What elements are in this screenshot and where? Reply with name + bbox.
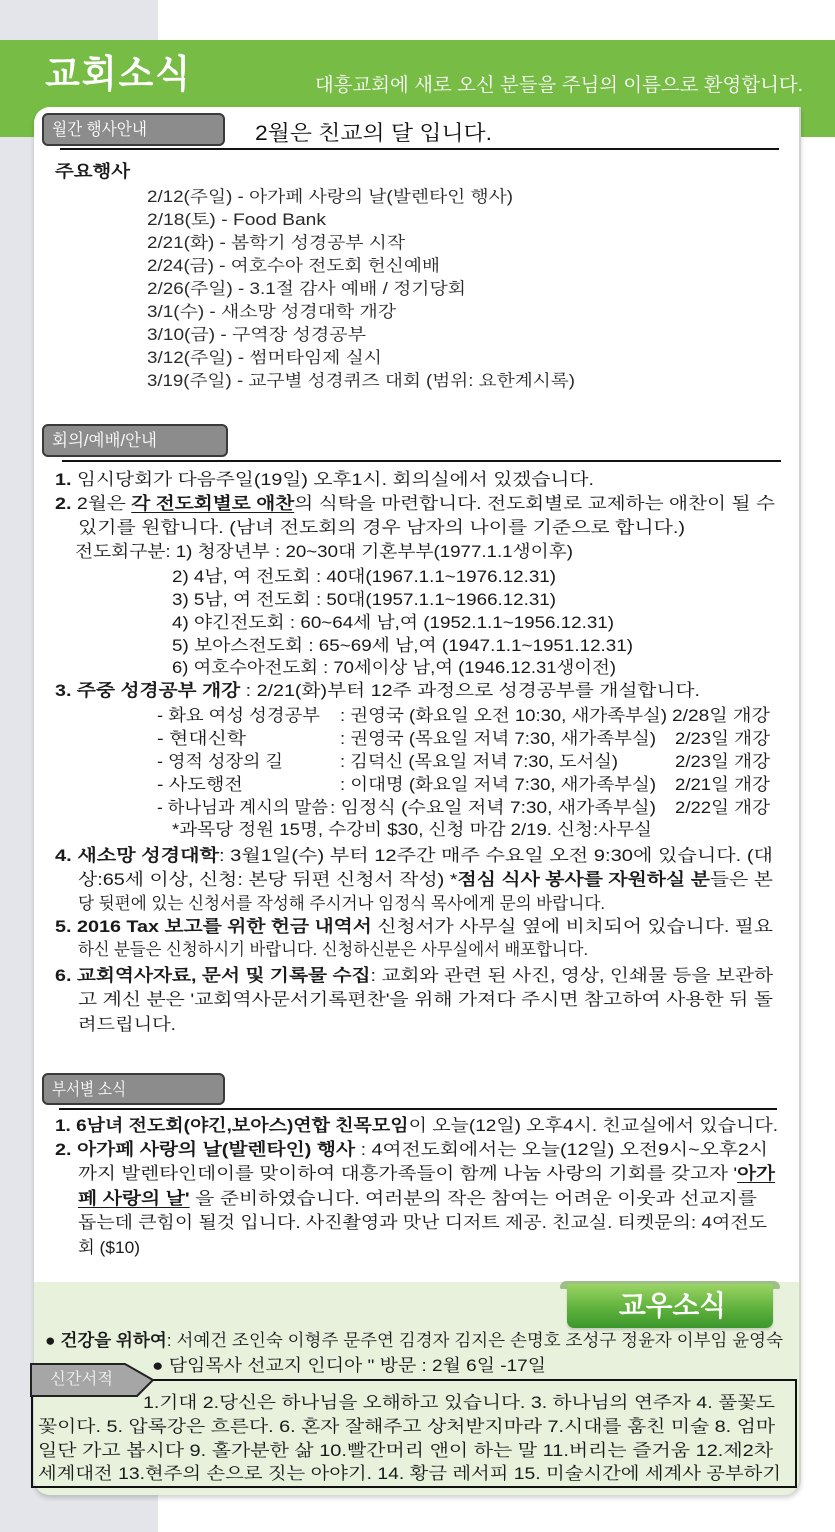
notice-item-1: 1. 임시당회가 다음주일(19일) 오후1시. 회의실에서 있겠습니다. xyxy=(55,468,594,492)
emphasis-text: 2. xyxy=(55,494,71,513)
new-books-label: 신간서적 xyxy=(50,1368,113,1392)
emphasis-text: 1. 6남녀 전도회(야긴,보아스)연합 친목모임 xyxy=(55,1116,409,1135)
course-start: 2/22일 개강 xyxy=(675,796,770,820)
dept-item-2-cont: 회 ($10) xyxy=(78,1236,140,1260)
course-detail: : 김덕신 (목요일 저녁 7:30, 도서실) xyxy=(340,750,618,774)
emphasis-text: 각 전도회별로 애찬 xyxy=(131,494,294,513)
course-start: 2/21일 개강 xyxy=(675,773,770,797)
emphasis-text: 점심 식사 봉사를 자원하실 분 xyxy=(458,870,710,889)
course-start: 2/23일 개강 xyxy=(675,750,770,774)
text-segment: 들은 본 xyxy=(710,870,773,889)
monthly-theme: 2월은 친교의 달 입니다. xyxy=(255,120,492,148)
dept-item-2-cont: 돕는데 큰힘이 될것 입니다. 사진촬영과 맛난 디저트 제공. 친교실. 티켓… xyxy=(78,1211,767,1235)
notice-item-5: 5. 2016 Tax 보고를 위한 헌금 내역서 신청서가 사무실 옆에 비치… xyxy=(55,915,773,939)
text-segment: 2월은 xyxy=(71,494,131,513)
division-item: 5) 보아스전도회 : 65~69세 남,여 (1947.1.1~1951.12… xyxy=(172,634,633,658)
division-item: 4) 야긴전도회 : 60~64세 남,여 (1952.1.1~1956.12.… xyxy=(172,611,614,635)
section-label-text: 월간 행사안내 xyxy=(52,118,147,142)
bulletin-page: 교회소식 대흥교회에 새로 오신 분들을 주님의 이름으로 환영합니다. 월간 … xyxy=(0,0,835,1532)
emphasis-text: 1. xyxy=(55,470,71,489)
emphasis-text: 4. 새소망 성경대학 xyxy=(55,846,219,865)
notice-item-6-cont: 고 계신 분은 '교회역사문서기록편찬'을 위해 가져다 주시면 참고하여 사용… xyxy=(78,988,773,1012)
text-segment: ● xyxy=(45,1331,60,1350)
course-name: - 영적 성장의 길 xyxy=(157,750,283,774)
book-list-line: 세계대전 13.현주의 손으로 짓는 아야기. 14. 황금 레서피 15. 미… xyxy=(38,1462,781,1486)
dept-item-2: 2. 아가페 사랑의 날(발렌타인) 행사 : 4여전도회에서는 오늘(12일)… xyxy=(55,1138,768,1162)
emphasis-text: 건강을 위하여 xyxy=(60,1331,166,1350)
text-segment: : 2/21(화)부터 12주 과정으로 성경공부를 개설합니다. xyxy=(240,681,700,700)
text-segment: 까지 발렌타인데이를 맞이하여 대흥가족들이 함께 나눔 사랑의 기회를 갖고자… xyxy=(78,1164,737,1183)
course-detail: : 이대명 (화요일 저녁 7:30, 새가족부실) xyxy=(340,773,656,797)
text-segment: 신청서가 사무실 옆에 비치되어 있습니다. 필요 xyxy=(372,917,773,936)
text-segment: 상:65세 이상, 신청: 본당 뒤편 신청서 작성) * xyxy=(78,870,458,889)
section-label-meeting: 회의/예배/안내 xyxy=(42,424,228,457)
text-segment: 당 뒷편에 있는 신청서를 작성해 주시거나 임정식 목사에게 문의 바랍니다. xyxy=(78,894,605,913)
section-label-monthly: 월간 행사안내 xyxy=(42,113,225,146)
divider xyxy=(59,1108,777,1110)
text-segment: : 3월1일(수) 부터 12주간 매주 수요일 오전 9:30에 있습니다. … xyxy=(219,846,773,865)
section-label-text: 회의/예배/안내 xyxy=(52,429,157,453)
division-item: 3) 5남, 여 전도회 : 50대(1957.1.1~1966.12.31) xyxy=(172,588,556,612)
text-segment: : 교회와 관련 된 사진, 영상, 인쇄물 등을 보관하 xyxy=(371,966,773,985)
course-name: - 하나님과 계시의 말씀 xyxy=(157,796,328,820)
text-segment: 의 식탁을 마련합니다. 전도회별로 교제하는 애찬이 될 수 xyxy=(294,494,775,513)
notice-item-6-cont: 려드립니다. xyxy=(78,1013,176,1037)
text-segment: 을 준비하였습니다. 여러분의 작은 참여는 어려운 이웃과 선교지를 xyxy=(190,1189,757,1208)
notice-item-4-cont: 상:65세 이상, 신청: 본당 뒤편 신청서 작성) *점심 식사 봉사를 자… xyxy=(78,868,773,892)
divider xyxy=(62,460,781,462)
book-list-line: 일단 가고 봅시다 9. 홀가분한 삶 10.빨간머리 앤이 하는 말 11.버… xyxy=(38,1439,773,1463)
emphasis-text: 6. 교회역사자료, 문서 및 기록물 수집 xyxy=(55,966,371,985)
course-detail: : 권영국 (화요일 오전 10:30, 새가족부실) xyxy=(340,704,667,728)
member-news-tab: 교우소식 xyxy=(567,1284,773,1328)
emphasis-text: 2. 아가페 사랑의 날(발렌타인) 행사 xyxy=(55,1140,355,1159)
division-item: 6) 여호수아전도회 : 70세이상 남,여 (1946.12.31생이전) xyxy=(172,656,616,680)
emphasis-text: 5. 2016 Tax 보고를 위한 헌금 내역서 xyxy=(55,917,372,936)
dept-item-1: 1. 6남녀 전도회(야긴,보아스)연합 친목모임이 오늘(12일) 오후4시.… xyxy=(55,1114,778,1138)
emphasis-text: 3. 주중 성경공부 개강 xyxy=(55,681,240,700)
event-item: 3/10(금) - 구역장 성경공부 xyxy=(147,323,366,347)
text-segment: 이 오늘(12일) 오후4시. 친교실에서 있습니다. xyxy=(409,1116,778,1135)
health-prayer-list: ● 건강을 위하여: 서예건 조인숙 이형주 문주연 김경자 김지은 손명호 조… xyxy=(45,1329,783,1353)
emphasis-text: 아가 xyxy=(737,1164,775,1183)
page-title: 교회소식 xyxy=(45,52,192,98)
event-item: 3/1(수) - 새소망 성경대학 개강 xyxy=(147,300,396,324)
text-segment: 고 계신 분은 '교회역사문서기록편찬'을 위해 가져다 주시면 참고하여 사용… xyxy=(78,990,773,1009)
course-detail: : 권영국 (목요일 저녁 7:30, 새가족부실) xyxy=(340,727,656,751)
notice-item-2-cont: 있기를 원합니다. (남녀 전도회의 경우 남자의 나이를 기준으로 합니다.) xyxy=(78,516,685,540)
book-list-line: 꽃이다. 5. 압록강은 흐른다. 6. 혼자 잘해주고 상처받지마라 7.시대… xyxy=(38,1415,775,1439)
course-name: - 현대신학 xyxy=(157,727,246,751)
dept-item-2-cont: 페 사랑의 날' 을 준비하였습니다. 여러분의 작은 참여는 어려운 이웃과 … xyxy=(78,1187,757,1211)
notice-item-6: 6. 교회역사자료, 문서 및 기록물 수집: 교회와 관련 된 사진, 영상,… xyxy=(55,964,773,988)
course-detail: : 임정식 (수요일 저녁 7:30, 새가족부실) xyxy=(330,796,656,820)
division-row: 전도회구분: 1) 청장년부 : 20~30대 기혼부부(1977.1.1생이후… xyxy=(75,540,573,564)
event-item: 3/19(주일) - 교구별 성경퀴즈 대회 (범위: 요한계시록) xyxy=(147,369,575,393)
event-item: 2/12(주일) - 아가페 사랑의 날(발렌타인 행사) xyxy=(147,185,513,209)
events-heading: 주요행사 xyxy=(55,160,130,184)
section-label-department: 부서별 소식 xyxy=(42,1073,225,1105)
text-segment: 있기를 원합니다. (남녀 전도회의 경우 남자의 나이를 기준으로 합니다.) xyxy=(78,518,685,537)
course-name: - 화요 여성 성경공부 xyxy=(157,704,320,728)
event-item: 2/24(금) - 여호수아 전도회 헌신예배 xyxy=(147,254,440,278)
divider xyxy=(60,148,779,150)
event-item: 2/18(토) - Food Bank xyxy=(147,208,326,232)
text-segment: 려드립니다. xyxy=(78,1015,176,1034)
text-segment: 돕는데 큰힘이 될것 입니다. 사진촬영과 맛난 디저트 제공. 친교실. 티켓… xyxy=(78,1213,767,1232)
event-item: 3/12(주일) - 썸머타임제 실시 xyxy=(147,346,382,370)
notice-item-5-cont: 하신 분들은 신청하시기 바랍니다. 신청하신분은 사무실에서 배포합니다. xyxy=(78,938,588,962)
text-segment: 하신 분들은 신청하시기 바랍니다. 신청하신분은 사무실에서 배포합니다. xyxy=(78,940,588,959)
welcome-message: 대흥교회에 새로 오신 분들을 주님의 이름으로 환영합니다. xyxy=(315,74,803,98)
division-item: 2) 4남, 여 전도회 : 40대(1967.1.1~1976.12.31) xyxy=(172,565,556,589)
text-segment: : 4여전도회에서는 오늘(12일) 오전9시~오후2시 xyxy=(355,1140,768,1159)
event-item: 2/26(주일) - 3.1절 감사 예배 / 정기당회 xyxy=(147,277,466,301)
division-prefix: 전도회구분: xyxy=(75,542,176,561)
division-item: 1) 청장년부 : 20~30대 기혼부부(1977.1.1생이후) xyxy=(176,542,573,561)
course-start: 2/23일 개강 xyxy=(675,727,770,751)
notice-item-4-cont: 당 뒷편에 있는 신청서를 작성해 주시거나 임정식 목사에게 문의 바랍니다. xyxy=(78,892,605,916)
text-segment: 회 ($10) xyxy=(78,1238,140,1257)
pastor-mission-notice: ● 담임목사 선교지 인디아 " 방문 : 2월 6일 -17일 xyxy=(152,1354,546,1378)
event-item: 2/21(화) - 봄학기 성경공부 시작 xyxy=(147,231,405,255)
course-name: - 사도행전 xyxy=(157,773,243,797)
dept-item-2-cont: 까지 발렌타인데이를 맞이하여 대흥가족들이 함께 나눔 사랑의 기회를 갖고자… xyxy=(78,1162,775,1186)
notice-item-3: 3. 주중 성경공부 개강 : 2/21(화)부터 12주 과정으로 성경공부를… xyxy=(55,679,700,703)
section-label-text: 부서별 소식 xyxy=(52,1078,126,1102)
book-list-line: 1.기대 2.당신은 하나님을 오해하고 있습니다. 3. 하나님의 연주자 4… xyxy=(143,1391,775,1415)
text-segment: 임시당회가 다음주일(19일) 오후1시. 회의실에서 있겠습니다. xyxy=(71,470,594,489)
member-news-title: 교우소식 xyxy=(619,1286,726,1326)
notice-item-4: 4. 새소망 성경대학: 3월1일(수) 부터 12주간 매주 수요일 오전 9… xyxy=(55,844,773,868)
course-note: *과목당 정원 15명, 수강비 $30, 신청 마감 2/19. 신청:사무실 xyxy=(172,818,652,842)
notice-item-2: 2. 2월은 각 전도회별로 애찬의 식탁을 마련합니다. 전도회별로 교제하는… xyxy=(55,492,775,516)
course-start: 2/28일 개강 xyxy=(672,704,770,728)
text-segment: : 서예건 조인숙 이형주 문주연 김경자 김지은 손명호 조성구 정윤자 이부… xyxy=(167,1331,783,1350)
emphasis-text: 페 사랑의 날' xyxy=(78,1189,190,1208)
